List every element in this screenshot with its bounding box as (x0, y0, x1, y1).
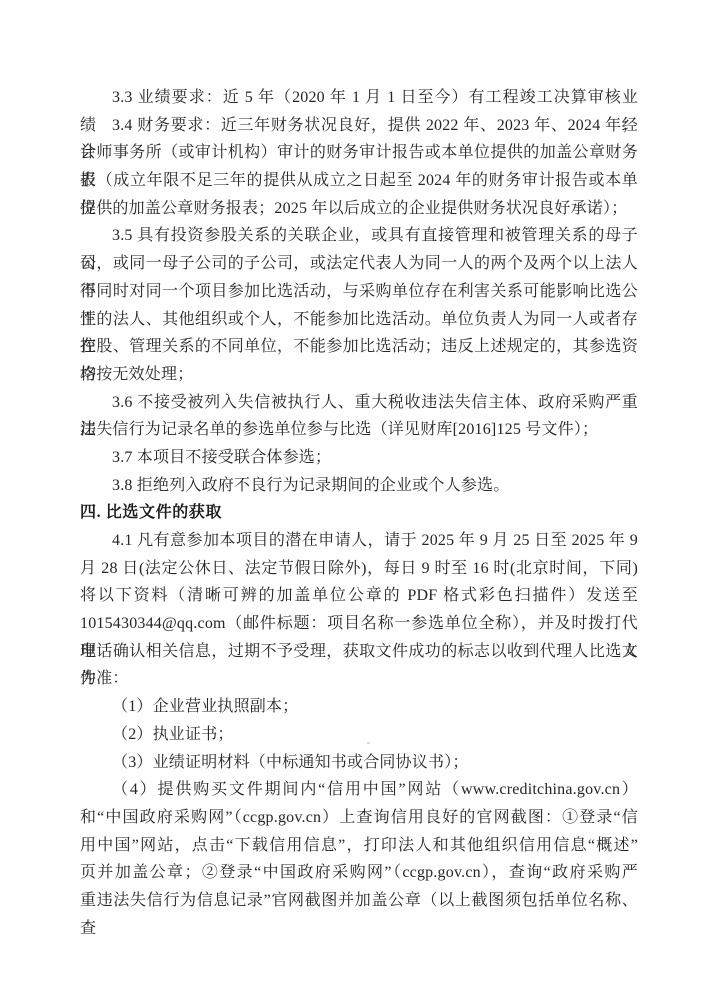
doc-line: （4）提供购买文件期间内“信用中国”网站（www.creditchina.gov… (80, 776, 638, 804)
item-4: （4）提供购买文件期间内“信用中国”网站（www.creditchina.gov… (80, 776, 638, 914)
doc-line: 3.6 不接受被列入失信被执行人、重大税收违法失信主体、政府采购严重违 (80, 389, 638, 417)
document-page: 3.3 业绩要求：近 5 年（2020 年 1 月 1 日至今）有工程竣工决算审… (0, 0, 707, 1000)
section-4-heading: 四. 比选文件的获取 (80, 499, 638, 527)
doc-line: 3.7 本项目不接受联合体参选； (80, 444, 638, 472)
clause-3-5: 3.5 具有投资参股关系的关联企业，或具有直接管理和被管理关系的母子公司，或同一… (80, 222, 638, 388)
document-body: 3.3 业绩要求：近 5 年（2020 年 1 月 1 日至今）有工程竣工决算审… (80, 84, 638, 915)
doc-line: 4.1 凡有意参加本项目的潜在申请人，请于 2025 年 9 月 25 日至 2… (80, 527, 638, 555)
doc-line: 3.5 具有投资参股关系的关联企业，或具有直接管理和被管理关系的母子公 (80, 222, 638, 250)
doc-line: 电话确认相关信息，过期不予受理，获取文件成功的标志以收到代理人比选文件 (80, 638, 638, 666)
doc-line: 得同时对同一个项目参加比选活动，与采购单位存在利害关系可能影响比选公正 (80, 278, 638, 306)
doc-line: 用中国”网站，点击“下载信用信息”，打印法人和其他组织信用信息“概述” (80, 832, 638, 860)
doc-line: 将以下资料（清晰可辨的加盖单位公章的 PDF 格式彩色扫描件）发送至 (80, 582, 638, 610)
doc-line: 表（成立年限不足三年的提供从成立之日起至 2024 年的财务审计报告或本单位 (80, 167, 638, 195)
doc-line: 法失信行为记录名单的参选单位参与比选（详见财库[2016]125 号文件）； (80, 416, 638, 444)
clause-3-7: 3.7 本项目不接受联合体参选； (80, 444, 638, 472)
doc-line: 为准： (80, 665, 638, 693)
doc-line: 和“中国政府采购网”（ccgp.gov.cn）上查询信用良好的官网截图：①登录“… (80, 804, 638, 832)
doc-line: 司，或同一母子公司的子公司，或法定代表人为同一人的两个及两个以上法人不 (80, 250, 638, 278)
clause-4-1: 4.1 凡有意参加本项目的潜在申请人，请于 2025 年 9 月 25 日至 2… (80, 527, 638, 693)
item-2: （2）执业证书； (80, 721, 638, 749)
doc-line: 3.4 财务要求：近三年财务状况良好，提供 2022 年、2023 年、2024… (80, 112, 638, 140)
doc-line: 重违法失信行为信息记录”官网截图并加盖公章（以上截图须包括单位名称、查 (80, 887, 638, 915)
doc-line: 提供的加盖公章财务报表；2025 年以后成立的企业提供财务状况良好承诺）； (80, 195, 638, 223)
doc-line: 页并加盖公章；②登录“中国政府采购网”（ccgp.gov.cn），查询“政府采购… (80, 859, 638, 887)
doc-line: 月 28 日(法定公休日、法定节假日除外)，每日 9 时至 16 时(北京时间，… (80, 555, 638, 583)
clause-3-6: 3.6 不接受被列入失信被执行人、重大税收违法失信主体、政府采购严重违法失信行为… (80, 389, 638, 444)
doc-line: （3）业绩证明材料（中标通知书或合同协议书）； (80, 749, 638, 777)
doc-line: （2）执业证书； (80, 721, 638, 749)
doc-line: 性的法人、其他组织或个人，不能参加比选活动。单位负责人为同一人或者存在 (80, 306, 638, 334)
item-3: （3）业绩证明材料（中标通知书或合同协议书）； (80, 749, 638, 777)
clause-3-8: 3.8 拒绝列入政府不良行为记录期间的企业或个人参选。 (80, 472, 638, 500)
doc-line: 均按无效处理； (80, 361, 638, 389)
doc-line: 计师事务所（或审计机构）审计的财务审计报告或本单位提供的加盖公章财务报 (80, 139, 638, 167)
clause-3-3: 3.3 业绩要求：近 5 年（2020 年 1 月 1 日至今）有工程竣工决算审… (80, 84, 638, 112)
doc-line: 3.8 拒绝列入政府不良行为记录期间的企业或个人参选。 (80, 472, 638, 500)
item-1: （1）企业营业执照副本； (80, 693, 638, 721)
clause-3-4: 3.4 财务要求：近三年财务状况良好，提供 2022 年、2023 年、2024… (80, 112, 638, 223)
doc-line: （1）企业营业执照副本； (80, 693, 638, 721)
doc-line: 四. 比选文件的获取 (80, 499, 638, 527)
doc-line: 控股、管理关系的不同单位，不能参加比选活动；违反上述规定的，其参选资格 (80, 333, 638, 361)
doc-line: 1015430344@qq.com（邮件标题：项目名称一参选单位全称），并及时拨… (80, 610, 638, 638)
doc-line: 3.3 业绩要求：近 5 年（2020 年 1 月 1 日至今）有工程竣工决算审… (80, 84, 638, 112)
